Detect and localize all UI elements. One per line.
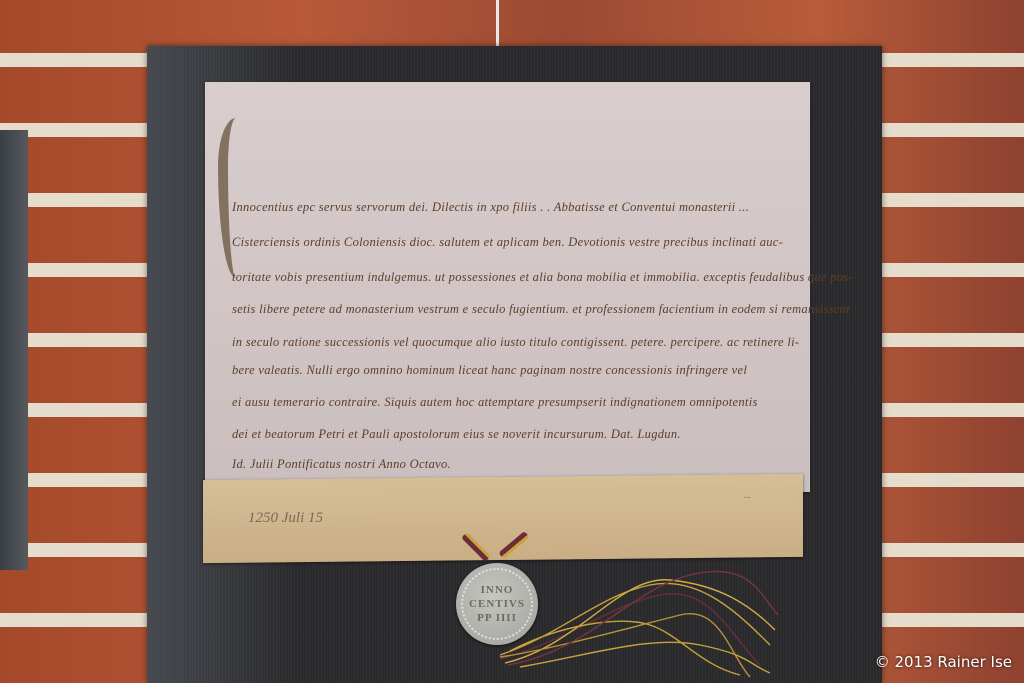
- charter-line: bere valeatis. Nulli ergo omnino hominum…: [232, 363, 747, 378]
- plica-mark: ...: [744, 490, 751, 500]
- charter-line: Id. Julii Pontificatus nostri Anno Octav…: [232, 457, 451, 472]
- charter-line: toritate vobis presentium indulgemus. ut…: [232, 270, 853, 285]
- charter-line: ei ausu temerario contraire. Siquis aute…: [232, 395, 758, 410]
- papal-bulla-seal: INNO CENTIVS PP IIII: [456, 563, 538, 645]
- seal-line: CENTIVS: [469, 597, 525, 611]
- charter-line: Innocentius epc servus servorum dei. Dil…: [232, 200, 749, 215]
- charter-line: in seculo ratione successionis vel quocu…: [232, 335, 799, 350]
- charter-line: setis libere petere ad monasterium vestr…: [232, 302, 850, 317]
- wall-opening: [0, 130, 28, 570]
- silk-threads: [500, 555, 780, 680]
- hanging-wire: [496, 0, 499, 48]
- charter-line: Cisterciensis ordinis Coloniensis dioc. …: [232, 235, 783, 250]
- seal-line: INNO: [481, 583, 514, 597]
- charter-line: dei et beatorum Petri et Pauli apostolor…: [232, 427, 681, 442]
- seal-line: PP IIII: [477, 611, 517, 625]
- copyright-watermark: © 2013 Rainer Ise: [875, 653, 1012, 671]
- date-note: 1250 Juli 15: [248, 510, 323, 527]
